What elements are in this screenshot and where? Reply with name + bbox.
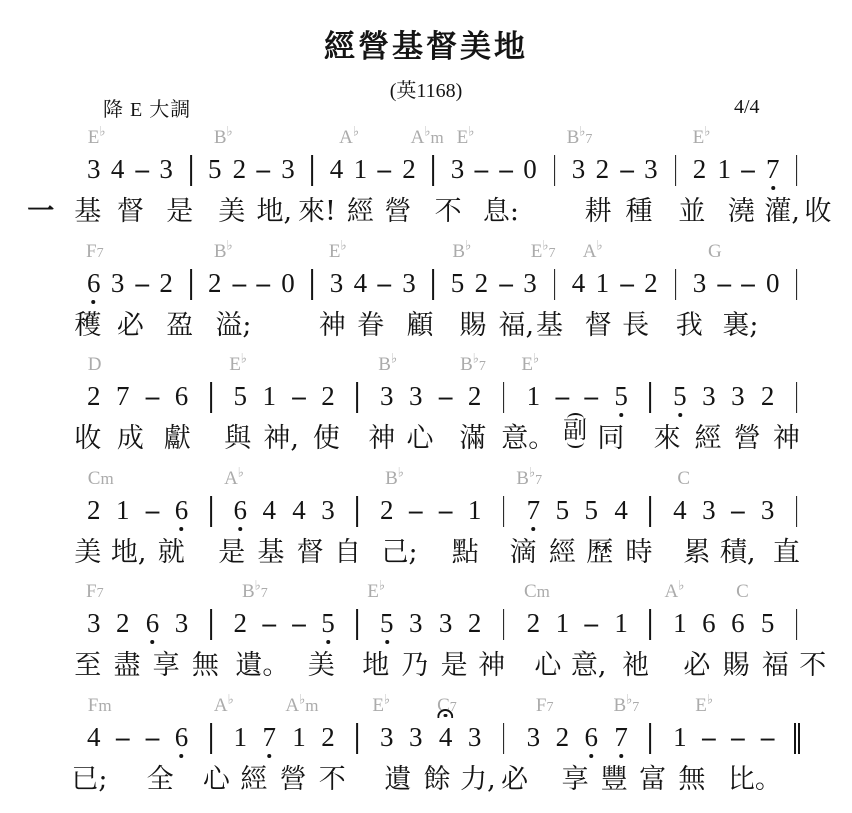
- barline: [503, 609, 505, 640]
- note-digit: 7: [614, 721, 628, 753]
- note-digit: 3: [159, 153, 173, 185]
- lyric-syllable: 裏;: [722, 308, 758, 344]
- lyric-syllable: 遺。: [235, 648, 289, 684]
- note-digit: 5: [761, 607, 775, 639]
- chord-label: A♭: [224, 468, 244, 490]
- chord-suffix: 7: [549, 246, 556, 261]
- flat-icon: ♭: [533, 352, 539, 367]
- note-digit: 2: [321, 380, 335, 412]
- note-digit: 4: [292, 494, 306, 526]
- chord-label: C: [677, 468, 690, 490]
- lyric-syllable: 無: [192, 648, 219, 684]
- low-octave-dot: [151, 640, 155, 644]
- low-octave-dot: [179, 754, 183, 758]
- note-digit: 2: [380, 494, 394, 526]
- duration-dash: –: [731, 721, 745, 753]
- chord-suffix: m: [431, 128, 444, 147]
- note-digit: 2: [87, 380, 101, 412]
- flat-icon: ♭: [704, 125, 710, 140]
- lyric-syllable: 地: [362, 648, 389, 684]
- note-digit: 5: [556, 494, 570, 526]
- barline: [796, 155, 798, 186]
- lyric-syllable: 盈: [166, 308, 193, 344]
- note-digit: 2: [761, 380, 775, 412]
- note-digit: 1: [468, 494, 482, 526]
- duration-dash: –: [136, 267, 150, 299]
- lyric-syllable: 神: [773, 421, 800, 457]
- barline: [554, 155, 556, 186]
- chord-label: E♭: [367, 581, 385, 603]
- chord-label: E♭7: [531, 241, 556, 265]
- note-digit: 4: [439, 721, 453, 753]
- flat-icon: ♭: [340, 238, 346, 253]
- note-digit: 1: [556, 607, 570, 639]
- note-digit: 0: [523, 153, 537, 185]
- duration-dash: –: [233, 267, 247, 299]
- note-digit: 2: [402, 153, 416, 185]
- lyric-syllable: 美: [218, 194, 245, 230]
- lyric-syllable: 督: [585, 308, 612, 344]
- note-digit: 1: [234, 721, 248, 753]
- note-digit: 7: [527, 494, 541, 526]
- low-octave-dot: [92, 300, 96, 304]
- lyric-syllable: 必: [683, 648, 710, 684]
- lyric-syllable: 己;: [382, 535, 418, 571]
- lyric-syllable: 享: [153, 648, 180, 684]
- barline: [796, 496, 798, 527]
- duration-dash: –: [475, 153, 489, 185]
- low-octave-dot: [179, 527, 183, 531]
- barline: [190, 155, 192, 186]
- chord-suffix: 7: [479, 359, 486, 374]
- note-digit: 3: [439, 607, 453, 639]
- chord-suffix: m: [100, 469, 113, 488]
- lyric-syllable: 心: [534, 648, 561, 684]
- chord-label: E♭: [457, 127, 475, 149]
- lyric-syllable: 營: [384, 194, 411, 230]
- lyric-syllable: 來: [654, 421, 681, 457]
- barline: [554, 269, 556, 300]
- note-digit: 2: [234, 607, 248, 639]
- lyric-syllable: 心: [203, 762, 230, 798]
- flat-icon: ♭: [468, 125, 474, 140]
- duration-dash: –: [146, 721, 160, 753]
- barline: [503, 496, 505, 527]
- chord-suffix: 7: [535, 473, 542, 488]
- lyric-syllable: 必: [117, 308, 144, 344]
- lyric-syllable: 不: [435, 194, 462, 230]
- duration-dash: –: [585, 380, 599, 412]
- lyric-syllable: 同: [597, 421, 624, 457]
- note-digit: 2: [87, 494, 101, 526]
- duration-dash: –: [439, 494, 453, 526]
- lyric-syllable: 與: [224, 421, 251, 457]
- system-5: F7B♭7E♭CmA♭C32632––5533221–11665至盡享無遺。美地…: [0, 581, 852, 695]
- duration-dash: –: [741, 267, 755, 299]
- note-digit: 5: [321, 607, 335, 639]
- note-digit: 3: [175, 607, 189, 639]
- lyric-syllable: 福,: [499, 308, 535, 344]
- note-digit: 5: [451, 267, 465, 299]
- barline: [210, 609, 212, 640]
- chord-suffix: 7: [632, 700, 639, 715]
- lyric-syllable: 經: [695, 421, 722, 457]
- system-6: FmA♭A♭mE♭C7F7B♭7E♭4––61712334332671–––已;…: [0, 695, 852, 809]
- chord-label: B♭7: [613, 695, 639, 719]
- lyric-syllable: 滴: [510, 535, 537, 571]
- lyric-syllable: 獻: [164, 421, 191, 457]
- note-digit: 3: [702, 380, 716, 412]
- chord-label: E♭: [693, 127, 711, 149]
- note-digit: 5: [673, 380, 687, 412]
- lyric-syllable: 息:: [483, 194, 519, 230]
- note-digit: 3: [409, 380, 423, 412]
- note-digit: 6: [585, 721, 599, 753]
- chord-label: B♭: [378, 354, 397, 376]
- duration-dash: –: [378, 153, 392, 185]
- lyric-syllable: 澆: [728, 194, 755, 230]
- barline: [796, 609, 798, 640]
- flat-icon: ♭: [99, 125, 105, 140]
- lyric-syllable: 美: [308, 648, 335, 684]
- barline: [796, 269, 798, 300]
- flat-icon: ♭: [391, 352, 397, 367]
- barline: [311, 269, 313, 300]
- note-digit: 1: [116, 494, 130, 526]
- note-digit: 2: [596, 153, 610, 185]
- chord-label: A♭: [665, 581, 685, 603]
- lyric-syllable: 收: [74, 421, 101, 457]
- duration-dash: –: [257, 153, 271, 185]
- barline: [356, 496, 358, 527]
- system-4: CmA♭B♭B♭7C21–664432––1755443–3美地,就是基督自己;…: [0, 468, 852, 582]
- lyric-syllable: 豐: [601, 762, 628, 798]
- chord-label: B♭: [214, 127, 233, 149]
- note-digit: 7: [116, 380, 130, 412]
- note-digit: 4: [330, 153, 344, 185]
- lyric-syllable: 盡: [113, 648, 140, 684]
- lyric-syllable: 餘: [424, 762, 451, 798]
- lyric-syllable: 督: [297, 535, 324, 571]
- lyric-syllable: 經: [240, 762, 267, 798]
- note-digit: 5: [585, 494, 599, 526]
- hymn-title: 經營基督美地: [0, 21, 852, 66]
- flat-icon: ♭: [384, 692, 390, 707]
- chord-label: G: [708, 241, 722, 263]
- flat-icon: ♭: [238, 465, 244, 480]
- chord-label: E♭: [229, 354, 247, 376]
- lyric-syllable: 意。: [501, 421, 555, 457]
- lyric-syllable: 滿: [459, 421, 486, 457]
- lyric-syllable: 必: [501, 762, 528, 798]
- duration-dash: –: [620, 267, 634, 299]
- chord-label: A♭: [339, 127, 359, 149]
- lyric-syllable: 比。: [728, 762, 782, 798]
- flat-icon: ♭: [227, 125, 233, 140]
- lyric-syllable: 富: [639, 762, 666, 798]
- flat-icon: ♭: [707, 692, 713, 707]
- note-digit: 6: [87, 267, 101, 299]
- lyric-syllable: 福: [762, 648, 789, 684]
- duration-dash: –: [292, 607, 306, 639]
- system-2: F7B♭E♭B♭E♭7A♭G63–22––034–352–341–23––0穫必…: [0, 241, 852, 355]
- flat-icon: ♭: [398, 465, 404, 480]
- lyric-syllable: 不: [799, 648, 826, 684]
- note-digit: 3: [468, 721, 482, 753]
- note-digit: 1: [717, 153, 731, 185]
- lyric-syllable: 不: [319, 762, 346, 798]
- note-digit: 6: [731, 607, 745, 639]
- flat-icon: ♭: [228, 692, 234, 707]
- note-digit: 2: [116, 607, 130, 639]
- sheet-music-page: 經營基督美地 (英1168) 降 E 大調 4/4 E♭B♭A♭A♭mE♭B♭7…: [0, 0, 852, 813]
- chord-suffix: 7: [97, 246, 104, 261]
- chord-suffix: 7: [585, 132, 592, 147]
- chord-label: E♭: [521, 354, 539, 376]
- lyric-syllable: 歷: [586, 535, 613, 571]
- lyric-syllable: 經: [347, 194, 374, 230]
- note-digit: 1: [262, 380, 276, 412]
- lyric-syllable: 神: [368, 421, 395, 457]
- duration-dash: –: [262, 607, 276, 639]
- lyric-syllable: 心: [407, 421, 434, 457]
- note-digit: 3: [380, 721, 394, 753]
- lyric-syllable: 遺: [384, 762, 411, 798]
- score: E♭B♭A♭A♭mE♭B♭7E♭34–352–341–23––032–321–7…: [0, 127, 852, 808]
- note-digit: 2: [468, 380, 482, 412]
- lyric-syllable: 顧: [407, 308, 434, 344]
- duration-dash: –: [620, 153, 634, 185]
- flat-icon: ♭: [379, 579, 385, 594]
- chord-label: B♭: [214, 241, 233, 263]
- note-digit: 4: [262, 494, 276, 526]
- lyric-syllable: 並: [678, 194, 705, 230]
- low-octave-dot: [531, 527, 535, 531]
- chord-label: A♭m: [411, 127, 444, 149]
- chord-label: F7: [86, 581, 104, 605]
- chord-label: D: [88, 354, 102, 376]
- note-digit: 1: [292, 721, 306, 753]
- note-digit: 3: [402, 267, 416, 299]
- barline: [649, 723, 651, 754]
- note-digit: 2: [475, 267, 489, 299]
- duration-dash: –: [585, 607, 599, 639]
- note-digit: 3: [644, 153, 658, 185]
- lyric-syllable: 地,: [111, 535, 147, 571]
- note-digit: 6: [146, 607, 160, 639]
- chord-suffix: m: [98, 696, 111, 715]
- chord-suffix: m: [537, 582, 550, 601]
- note-digit: 4: [354, 267, 368, 299]
- duration-dash: –: [556, 380, 570, 412]
- system-1: E♭B♭A♭A♭mE♭B♭7E♭34–352–341–23––032–321–7…: [0, 127, 852, 241]
- lyric-syllable: 至: [74, 648, 101, 684]
- chord-label: B♭7: [567, 127, 593, 151]
- lyric-syllable: 溢;: [215, 308, 251, 344]
- duration-dash: –: [378, 267, 392, 299]
- chord-suffix: 7: [546, 700, 553, 715]
- flat-icon: ♭: [241, 352, 247, 367]
- chord-suffix: 7: [97, 586, 104, 601]
- chord-label: B♭7: [242, 581, 268, 605]
- duration-dash: –: [146, 494, 160, 526]
- chord-label: E♭: [88, 127, 106, 149]
- note-digit: 0: [281, 267, 295, 299]
- low-octave-dot: [678, 413, 682, 417]
- lyric-syllable: 營: [734, 421, 761, 457]
- note-digit: 3: [451, 153, 465, 185]
- flat-icon: ♭: [227, 238, 233, 253]
- chord-label: C: [736, 581, 749, 603]
- note-digit: 5: [380, 607, 394, 639]
- chord-label: B♭: [385, 468, 404, 490]
- note-digit: 3: [111, 267, 125, 299]
- barline: [503, 382, 505, 413]
- lyric-syllable: 祂: [622, 648, 649, 684]
- chord-label: Cm: [524, 581, 550, 603]
- flat-icon: ♭: [678, 579, 684, 594]
- chord-label: A♭m: [285, 695, 318, 717]
- lyric-syllable: 穫: [74, 308, 101, 344]
- duration-dash: –: [409, 494, 423, 526]
- duration-dash: –: [116, 721, 130, 753]
- lyric-syllable: 神: [478, 648, 505, 684]
- chord-suffix: 7: [261, 586, 268, 601]
- barline: [432, 155, 434, 186]
- lyric-syllable: 無: [678, 762, 705, 798]
- note-digit: 1: [673, 721, 687, 753]
- note-digit: 3: [702, 494, 716, 526]
- lyric-syllable: 長: [622, 308, 649, 344]
- note-digit: 4: [673, 494, 687, 526]
- duration-dash: –: [717, 267, 731, 299]
- note-digit: 5: [234, 380, 248, 412]
- note-digit: 3: [380, 380, 394, 412]
- lyric-syllable: 基: [257, 535, 284, 571]
- low-octave-dot: [238, 527, 242, 531]
- note-digit: 3: [409, 721, 423, 753]
- note-digit: 2: [208, 267, 222, 299]
- lyric-syllable: 種: [626, 194, 653, 230]
- note-digit: 5: [614, 380, 628, 412]
- lyric-syllable: 直: [773, 535, 800, 571]
- note-digit: 3: [523, 267, 537, 299]
- lyric-syllable: 是: [166, 194, 193, 230]
- note-digit: 3: [527, 721, 541, 753]
- barline: [190, 269, 192, 300]
- note-digit: 1: [614, 607, 628, 639]
- barline: [503, 723, 505, 754]
- note-digit: 3: [731, 380, 745, 412]
- note-digit: 3: [330, 267, 344, 299]
- lyric-syllable: 經: [549, 535, 576, 571]
- note-digit: 2: [468, 607, 482, 639]
- lyric-syllable: 就: [158, 535, 185, 571]
- note-digit: 5: [208, 153, 222, 185]
- lyric-syllable: 力,: [460, 762, 496, 798]
- fermata-icon: [438, 709, 454, 718]
- lyric-syllable: 是: [441, 648, 468, 684]
- time-signature: 4/4: [734, 96, 760, 119]
- note-digit: 3: [572, 153, 586, 185]
- lyric-syllable: 耕: [585, 194, 612, 230]
- barline: [649, 496, 651, 527]
- lyric-syllable: 神: [319, 308, 346, 344]
- barline: [675, 155, 677, 186]
- note-digit: 2: [159, 267, 173, 299]
- chord-label: B♭7: [516, 468, 542, 492]
- low-octave-dot: [326, 640, 330, 644]
- note-digit: 3: [409, 607, 423, 639]
- note-digit: 3: [87, 153, 101, 185]
- note-digit: 0: [766, 267, 780, 299]
- lyric-syllable: 美: [74, 535, 101, 571]
- duration-dash: –: [499, 153, 513, 185]
- flat-icon: ♭: [465, 238, 471, 253]
- note-digit: 6: [702, 607, 716, 639]
- flat-icon: ♭: [597, 238, 603, 253]
- system-3: DE♭B♭B♭7E♭27–651–233–21––55332收成獻與神,使神心滿…: [0, 354, 852, 468]
- duration-dash: –: [439, 380, 453, 412]
- lyric-syllable: 已;: [71, 762, 107, 798]
- duration-dash: –: [731, 494, 745, 526]
- lyric-syllable: 地,: [257, 194, 293, 230]
- lyric-syllable: 乃: [401, 648, 428, 684]
- barline: [675, 269, 677, 300]
- lyric-syllable: 成: [117, 421, 144, 457]
- note-digit: 6: [234, 494, 248, 526]
- duration-dash: –: [702, 721, 716, 753]
- refrain-char: 副: [563, 417, 587, 444]
- flat-icon: ♭: [353, 125, 359, 140]
- barline: [796, 382, 798, 413]
- duration-dash: –: [741, 153, 755, 185]
- low-octave-dot: [385, 640, 389, 644]
- note-digit: 2: [644, 267, 658, 299]
- note-digit: 3: [693, 267, 707, 299]
- chord-label: B♭7: [460, 354, 486, 378]
- lyric-syllable: 自: [334, 535, 361, 571]
- lyric-syllable: 賜: [459, 308, 486, 344]
- chord-label: E♭: [695, 695, 713, 717]
- duration-dash: –: [292, 380, 306, 412]
- low-octave-dot: [619, 754, 623, 758]
- note-digit: 3: [761, 494, 775, 526]
- duration-dash: –: [136, 153, 150, 185]
- note-digit: 4: [614, 494, 628, 526]
- lyric-syllable: 眷: [357, 308, 384, 344]
- lyric-syllable: 基: [74, 194, 101, 230]
- note-digit: 2: [321, 721, 335, 753]
- note-digit: 4: [572, 267, 586, 299]
- refrain-arc-bottom: [567, 442, 584, 448]
- barline: [649, 382, 651, 413]
- chord-label: E♭: [372, 695, 390, 717]
- lyric-syllable: 享: [562, 762, 589, 798]
- lyric-syllable: 時: [626, 535, 653, 571]
- note-digit: 7: [262, 721, 276, 753]
- lyric-syllable: 督: [117, 194, 144, 230]
- barline: [356, 723, 358, 754]
- duration-dash: –: [499, 267, 513, 299]
- low-octave-dot: [619, 413, 623, 417]
- chord-label: F7: [86, 241, 104, 265]
- barline: [356, 382, 358, 413]
- low-octave-dot: [771, 186, 775, 190]
- note-digit: 1: [673, 607, 687, 639]
- lyric-syllable: 意,: [571, 648, 607, 684]
- chord-label: A♭: [583, 241, 603, 263]
